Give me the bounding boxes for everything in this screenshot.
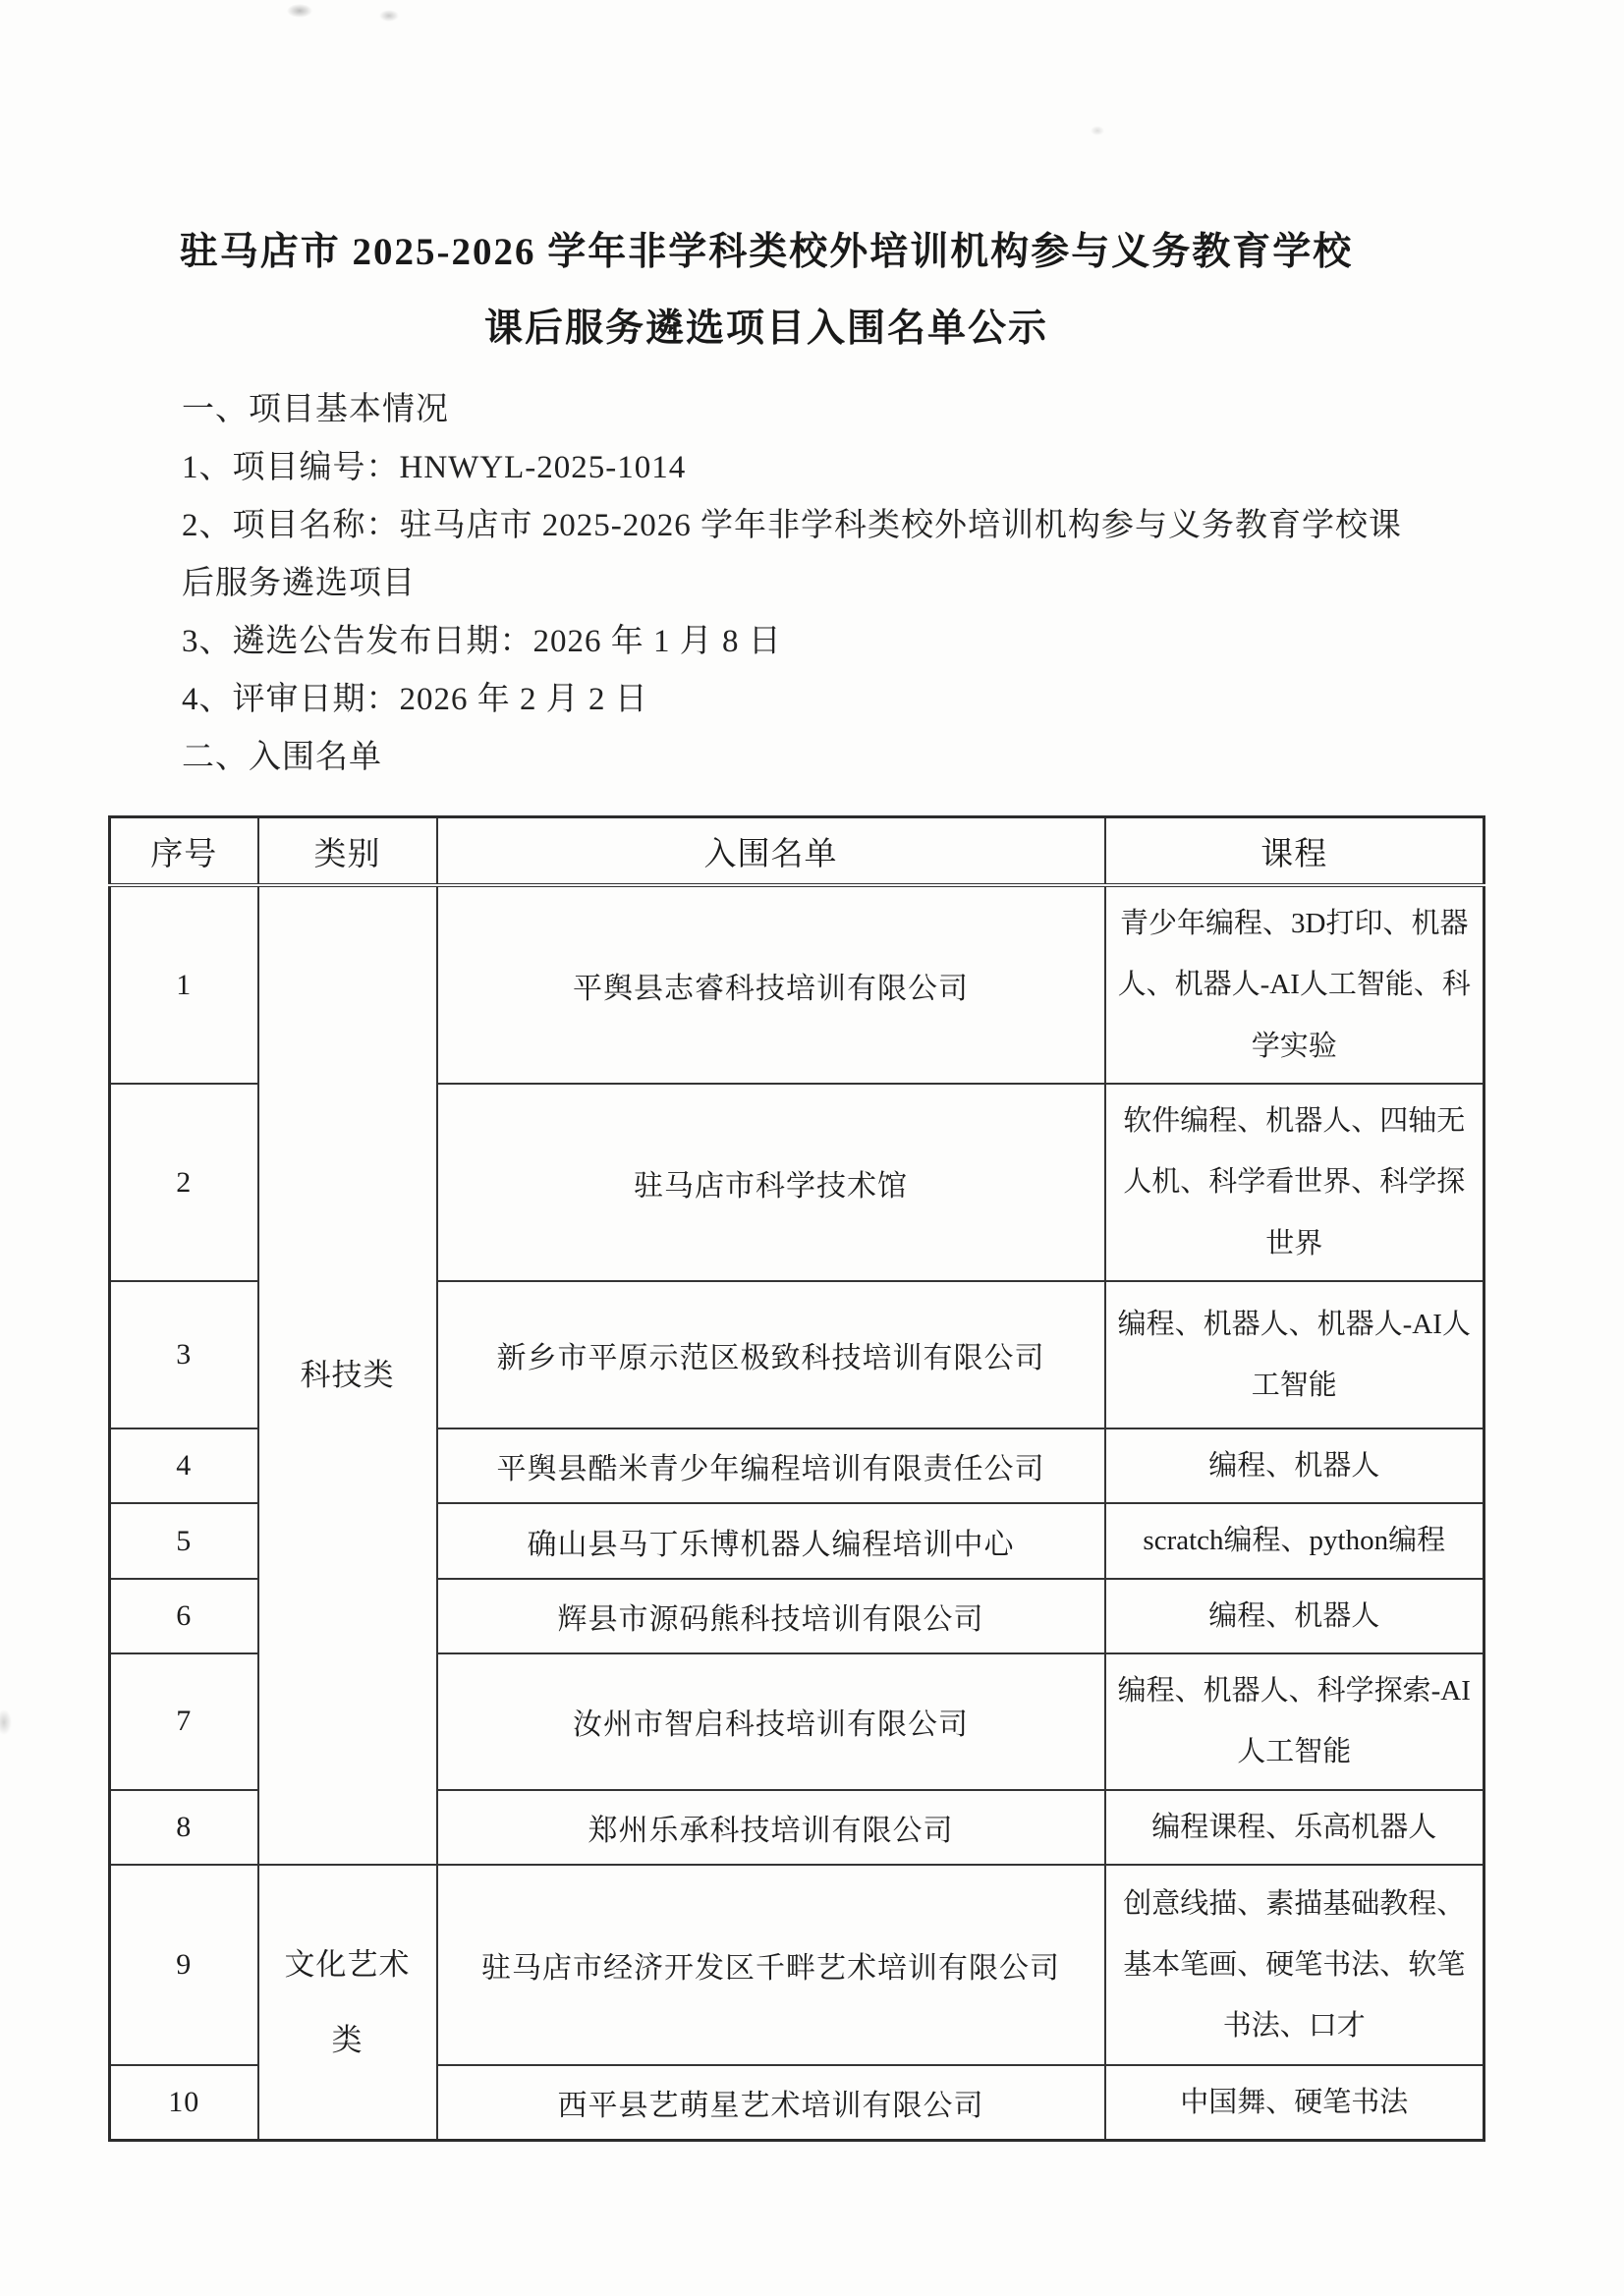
cell-courses: 创意线描、素描基础教程、基本笔画、硬笔书法、软笔书法、口才 <box>1105 1865 1484 2065</box>
col-header-courses: 课程 <box>1105 817 1484 886</box>
cell-org-name: 西平县艺萌星艺术培训有限公司 <box>437 2065 1105 2141</box>
cell-courses: 编程、机器人 <box>1105 1428 1484 1503</box>
cell-courses: 中国舞、硬笔书法 <box>1105 2065 1484 2141</box>
table-row: 9 文化艺术类 驻马店市经济开发区千畔艺术培训有限公司 创意线描、素描基础教程、… <box>110 1865 1484 2065</box>
table-row: 1 科技类 平舆县志睿科技培训有限公司 青少年编程、3D打印、机器人、机器人-A… <box>110 885 1484 1084</box>
shortlist-table: 序号 类别 入围名单 课程 1 科技类 平舆县志睿科技培训有限公司 青少年编程、… <box>108 815 1485 2142</box>
document-title-line-2: 课后服务遴选项目入围名单公示 <box>98 291 1434 367</box>
cell-serial: 7 <box>110 1653 258 1790</box>
cell-org-name: 驻马店市科学技术馆 <box>437 1084 1105 1281</box>
cell-serial: 1 <box>110 885 258 1084</box>
col-header-serial: 序号 <box>110 817 258 886</box>
scan-smudge <box>287 4 312 18</box>
cell-org-name: 平舆县酷米青少年编程培训有限责任公司 <box>437 1428 1105 1503</box>
cell-org-name: 辉县市源码熊科技培训有限公司 <box>437 1579 1105 1653</box>
cell-org-name: 郑州乐承科技培训有限公司 <box>437 1790 1105 1865</box>
cell-serial: 6 <box>110 1579 258 1653</box>
info-item-project-name: 2、项目名称：驻马店市 2025-2026 学年非学科类校外培训机构参与义务教育… <box>182 497 1405 613</box>
info-item-review-date: 4、评审日期：2026 年 2 月 2 日 <box>182 671 1405 729</box>
cell-courses: 编程、机器人、机器人-AI人工智能 <box>1105 1281 1484 1428</box>
cell-serial: 5 <box>110 1503 258 1578</box>
cell-courses: 编程课程、乐高机器人 <box>1105 1790 1484 1865</box>
cell-serial: 2 <box>110 1084 258 1281</box>
scan-smudge <box>0 1709 12 1735</box>
project-info-section: 一、项目基本情况 1、项目编号：HNWYL-2025-1014 2、项目名称：驻… <box>182 381 1405 787</box>
scan-smudge <box>379 10 399 22</box>
cell-serial: 8 <box>110 1790 258 1865</box>
cell-org-name: 驻马店市经济开发区千畔艺术培训有限公司 <box>437 1865 1105 2065</box>
table-header-row: 序号 类别 入围名单 课程 <box>110 817 1484 886</box>
cell-serial: 10 <box>110 2065 258 2141</box>
cell-courses: 编程、机器人 <box>1105 1579 1484 1653</box>
cell-org-name: 平舆县志睿科技培训有限公司 <box>437 885 1105 1084</box>
col-header-category: 类别 <box>258 817 437 886</box>
cell-org-name: 汝州市智启科技培训有限公司 <box>437 1653 1105 1790</box>
scan-smudge <box>1091 126 1104 136</box>
cell-courses: 软件编程、机器人、四轴无人机、科学看世界、科学探世界 <box>1105 1084 1484 1281</box>
cell-serial: 3 <box>110 1281 258 1428</box>
cell-org-name: 新乡市平原示范区极致科技培训有限公司 <box>437 1281 1105 1428</box>
cell-category-culture-art: 文化艺术类 <box>258 1865 437 2141</box>
cell-courses: 编程、机器人、科学探索-AI人工智能 <box>1105 1653 1484 1790</box>
section-heading-shortlist: 二、入围名单 <box>182 729 1405 787</box>
cell-category-technology: 科技类 <box>258 885 437 1865</box>
scanned-document-page: 驻马店市 2025-2026 学年非学科类校外培训机构参与义务教育学校 课后服务… <box>0 0 1624 2296</box>
info-item-announcement-date: 3、遴选公告发布日期：2026 年 1 月 8 日 <box>182 613 1405 671</box>
cell-serial: 9 <box>110 1865 258 2065</box>
cell-serial: 4 <box>110 1428 258 1503</box>
document-title-line-1: 驻马店市 2025-2026 学年非学科类校外培训机构参与义务教育学校 <box>98 214 1434 291</box>
document-title: 驻马店市 2025-2026 学年非学科类校外培训机构参与义务教育学校 课后服务… <box>98 214 1434 367</box>
info-item-project-number: 1、项目编号：HNWYL-2025-1014 <box>182 439 1405 497</box>
section-heading-basic-info: 一、项目基本情况 <box>182 381 1405 439</box>
cell-org-name: 确山县马丁乐博机器人编程培训中心 <box>437 1503 1105 1578</box>
cell-courses: 青少年编程、3D打印、机器人、机器人-AI人工智能、科学实验 <box>1105 885 1484 1084</box>
cell-courses: scratch编程、python编程 <box>1105 1503 1484 1578</box>
col-header-name: 入围名单 <box>437 817 1105 886</box>
